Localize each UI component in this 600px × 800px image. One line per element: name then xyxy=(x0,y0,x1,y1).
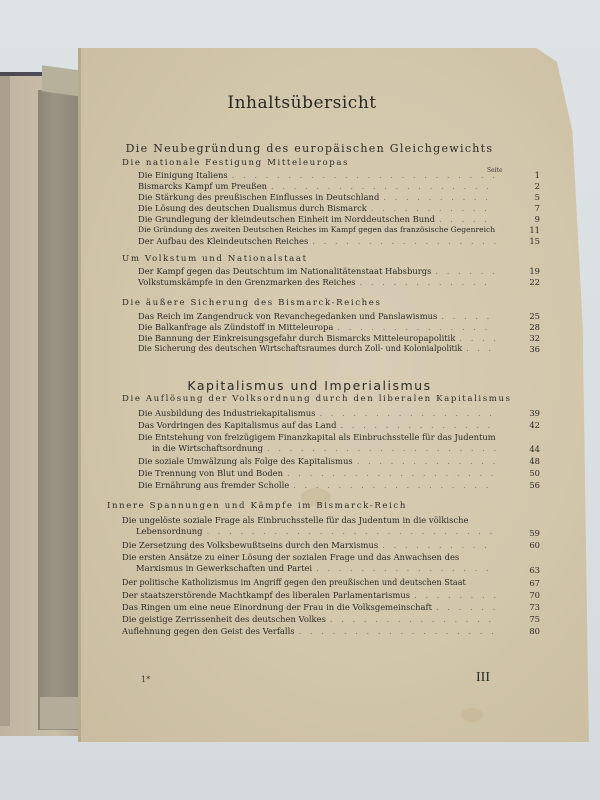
entry-page: 9 xyxy=(520,214,540,225)
entry-page: 5 xyxy=(520,192,540,203)
leader-dots xyxy=(312,236,496,247)
entry-page: 63 xyxy=(520,565,540,576)
entry-page: 44 xyxy=(520,444,540,455)
toc-entry[interactable]: Das Reich im Zangendruck von Revancheged… xyxy=(138,311,500,322)
entry-text: Volkstumskämpfe in den Grenzmarken des R… xyxy=(138,277,356,288)
entry-text: Die Sicherung des deutschen Wirtschaftsr… xyxy=(138,344,462,355)
entry-page: 60 xyxy=(520,540,540,551)
toc-entry[interactable]: Der Kampf gegen das Deutschtum im Nation… xyxy=(138,266,500,277)
toc-entry[interactable]: Die Gründung des zweiten Deutschen Reich… xyxy=(138,225,500,236)
entry-text: Die Ernährung aus fremder Scholle xyxy=(138,480,289,491)
entry-text-continued: Lebensordnung xyxy=(136,526,202,537)
toc-entry[interactable]: Die Entstehung von freizügigem Finanzkap… xyxy=(138,432,500,453)
page-title: Inhaltsübersicht xyxy=(81,93,523,113)
leader-dots xyxy=(357,456,496,467)
leader-dots xyxy=(383,192,496,203)
leader-dots xyxy=(371,203,496,214)
section-title: Innere Spannungen und Kämpfe im Bismarck… xyxy=(107,501,407,511)
entry-page: 50 xyxy=(520,468,540,479)
signature-mark: 1* xyxy=(141,675,150,684)
entry-page: 48 xyxy=(520,456,540,467)
toc-entry[interactable]: Die ersten Ansätze zu einer Lösung der s… xyxy=(122,552,500,573)
entry-text: Der Kampf gegen das Deutschtum im Nation… xyxy=(138,266,431,277)
entry-text: Der staatszerstörende Machtkampf des lib… xyxy=(122,590,410,601)
book-page: Inhaltsübersicht Die Neubegründung des e… xyxy=(78,48,593,742)
leader-dots xyxy=(319,408,496,419)
leader-dots xyxy=(287,468,496,479)
leader-dots xyxy=(414,590,496,601)
entry-text: Die Entstehung von freizügigem Finanzkap… xyxy=(138,432,496,442)
entry-page: 70 xyxy=(520,590,540,601)
toc-entry[interactable]: Das Vordringen des Kapitalismus auf das … xyxy=(138,420,500,431)
leader-dots xyxy=(299,626,496,637)
leader-dots xyxy=(293,480,496,491)
entry-text: Die Einigung Italiens xyxy=(138,170,228,181)
entry-text: Die geistige Zerrissenheit des deutschen… xyxy=(122,614,326,625)
entry-text: Die Gründung des zweiten Deutschen Reich… xyxy=(138,225,495,236)
entry-page: 67 xyxy=(520,578,540,589)
toc-entry[interactable]: Die Grundlegung der kleindeutschen Einhe… xyxy=(138,214,500,225)
entry-text: Der Aufbau des Kleindeutschen Reiches xyxy=(138,236,308,247)
toc-entry[interactable]: Die soziale Umwälzung als Folge des Kapi… xyxy=(138,456,500,467)
entry-text: Die Bannung der Einkreisungsgefahr durch… xyxy=(138,333,455,344)
entry-page: 25 xyxy=(520,311,540,322)
entry-text: Die Grundlegung der kleindeutschen Einhe… xyxy=(138,214,435,225)
toc-entry[interactable]: Der staatszerstörende Machtkampf des lib… xyxy=(122,590,500,601)
section-title: Die nationale Festigung Mitteleuropas xyxy=(122,158,349,168)
leader-dots xyxy=(466,344,496,355)
entry-text: Die Stärkung des preußischen Einflusses … xyxy=(138,192,379,203)
entry-page: 19 xyxy=(520,266,540,277)
section-title: Die Auflösung der Volksordnung durch den… xyxy=(122,394,512,404)
toc-entry[interactable]: Die Balkanfrage als Zündstoff in Mittele… xyxy=(138,322,500,333)
toc-entry[interactable]: Bismarcks Kampf um Preußen2 xyxy=(138,181,500,192)
toc-entry[interactable]: Volkstumskämpfe in den Grenzmarken des R… xyxy=(138,277,500,288)
entry-page: 59 xyxy=(520,528,540,539)
leader-dots xyxy=(337,322,496,333)
toc-entry[interactable]: Die Einigung Italiens1 xyxy=(138,170,500,181)
entry-text: Das Ringen um eine neue Einordnung der F… xyxy=(122,602,432,613)
toc-entry[interactable]: Die Ernährung aus fremder Scholle56 xyxy=(138,480,500,491)
leader-dots xyxy=(330,614,496,625)
toc-entry[interactable]: Die Sicherung des deutschen Wirtschaftsr… xyxy=(138,344,500,355)
entry-page: 1 xyxy=(520,170,540,181)
part-title: Kapitalismus und Imperialismus xyxy=(81,378,538,393)
leader-dots xyxy=(267,443,496,454)
paper-stain xyxy=(461,708,483,722)
entry-page: 11 xyxy=(520,225,540,236)
spine-top-fold xyxy=(42,65,82,97)
leader-dots xyxy=(360,277,496,288)
page-number: III xyxy=(476,670,490,686)
entry-page: 32 xyxy=(520,333,540,344)
toc-entry[interactable]: Die Zersetzung des Volksbewußtseins durc… xyxy=(122,540,500,551)
leader-dots xyxy=(271,181,496,192)
entry-text: Die ersten Ansätze zu einer Lösung der s… xyxy=(122,552,459,562)
section-title: Die äußere Sicherung des Bismarck-Reiche… xyxy=(122,298,381,308)
entry-text: Bismarcks Kampf um Preußen xyxy=(138,181,267,192)
entry-page: 56 xyxy=(520,480,540,491)
entry-page: 75 xyxy=(520,614,540,625)
toc-entry[interactable]: Die Stärkung des preußischen Einflusses … xyxy=(138,192,500,203)
toc-entry[interactable]: Die Trennung von Blut und Boden50 xyxy=(138,468,500,479)
toc-entry[interactable]: Auflehnung gegen den Geist des Verfalls8… xyxy=(122,626,500,637)
entry-text: Der politische Katholizismus im Angriff … xyxy=(122,578,466,589)
cover-edge xyxy=(0,76,10,726)
leader-dots xyxy=(382,540,496,551)
entry-text: Die soziale Umwälzung als Folge des Kapi… xyxy=(138,456,353,467)
leader-dots xyxy=(435,266,496,277)
leader-dots xyxy=(206,526,496,537)
entry-text-continued: in die Wirtschaftsordnung xyxy=(152,443,263,454)
entry-page: 80 xyxy=(520,626,540,637)
entry-page: 15 xyxy=(520,236,540,247)
table-of-contents: Inhaltsübersicht Die Neubegründung des e… xyxy=(81,48,593,742)
spine-bottom-fold xyxy=(40,697,80,729)
entry-page: 73 xyxy=(520,602,540,613)
entry-page: 7 xyxy=(520,203,540,214)
section-title: Um Volkstum und Nationalstaat xyxy=(122,254,308,264)
entry-text: Die Ausbildung des Industriekapitalismus xyxy=(138,408,315,419)
entry-text: Die Lösung des deutschen Dualismus durch… xyxy=(138,203,367,214)
entry-page: 42 xyxy=(520,420,540,431)
toc-entry[interactable]: Der Aufbau des Kleindeutschen Reiches15 xyxy=(138,236,500,247)
toc-entry[interactable]: Der politische Katholizismus im Angriff … xyxy=(122,578,500,589)
toc-entry[interactable]: Die Lösung des deutschen Dualismus durch… xyxy=(138,203,500,214)
entry-text: Die Zersetzung des Volksbewußtseins durc… xyxy=(122,540,378,551)
leader-dots xyxy=(459,333,496,344)
entry-text: Das Vordringen des Kapitalismus auf das … xyxy=(138,420,336,431)
toc-entry[interactable]: Die Bannung der Einkreisungsgefahr durch… xyxy=(138,333,500,344)
book-spine xyxy=(38,90,78,730)
leader-dots xyxy=(232,170,496,181)
part-title: Die Neubegründung des europäischen Gleic… xyxy=(81,142,538,155)
toc-entry[interactable]: Die geistige Zerrissenheit des deutschen… xyxy=(122,614,500,625)
leader-dots xyxy=(436,602,496,613)
entry-text: Die ungelöste soziale Frage als Einbruch… xyxy=(122,515,468,525)
leader-dots xyxy=(439,214,496,225)
entry-page: 28 xyxy=(520,322,540,333)
entry-page: 36 xyxy=(520,344,540,355)
toc-entry[interactable]: Die ungelöste soziale Frage als Einbruch… xyxy=(122,515,500,536)
entry-text: Die Trennung von Blut und Boden xyxy=(138,468,283,479)
entry-page: 2 xyxy=(520,181,540,192)
entry-text: Auflehnung gegen den Geist des Verfalls xyxy=(122,626,295,637)
entry-text: Die Balkanfrage als Zündstoff in Mittele… xyxy=(138,322,333,333)
entry-page: 22 xyxy=(520,277,540,288)
leader-dots xyxy=(316,563,496,574)
toc-entry[interactable]: Die Ausbildung des Industriekapitalismus… xyxy=(138,408,500,419)
entry-text: Das Reich im Zangendruck von Revancheged… xyxy=(138,311,437,322)
entry-text-continued: Marxismus in Gewerkschaften und Partei xyxy=(136,563,312,574)
leader-dots xyxy=(441,311,496,322)
toc-entry[interactable]: Das Ringen um eine neue Einordnung der F… xyxy=(122,602,500,613)
leader-dots xyxy=(340,420,496,431)
entry-page: 39 xyxy=(520,408,540,419)
